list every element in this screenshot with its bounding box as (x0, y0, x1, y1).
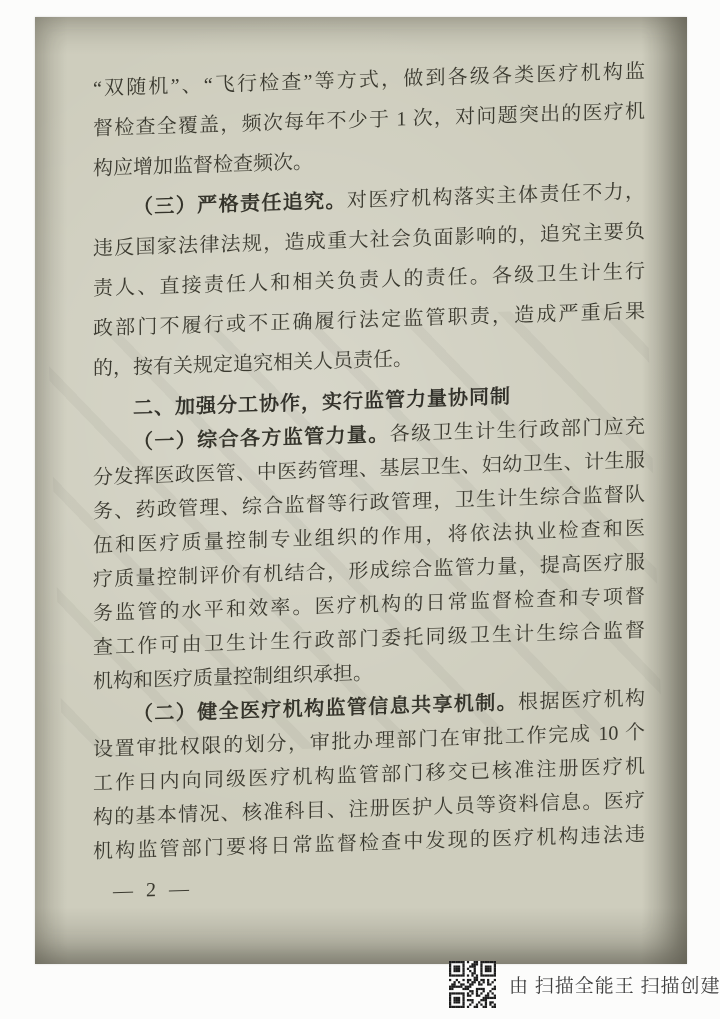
scanner-credit-footer: 由 扫描全能王 扫描创建 (449, 960, 720, 1008)
scanner-credit-text: 由 扫描全能王 扫描创建 (509, 971, 720, 998)
scanned-page-photo: “双随机”、“飞行检查”等方式，做到各级各类医疗机构监督检查全覆盖，频次每年不少… (35, 17, 687, 964)
paragraph-lead: （三）严格责任追究。 (133, 190, 347, 219)
paragraph-lead: （一）综合各方监管力量。 (133, 424, 390, 454)
document-text-block: “双随机”、“飞行检查”等方式，做到各级各类医疗机构监督检查全覆盖，频次每年不少… (93, 52, 645, 909)
qr-code-icon (449, 961, 496, 1008)
